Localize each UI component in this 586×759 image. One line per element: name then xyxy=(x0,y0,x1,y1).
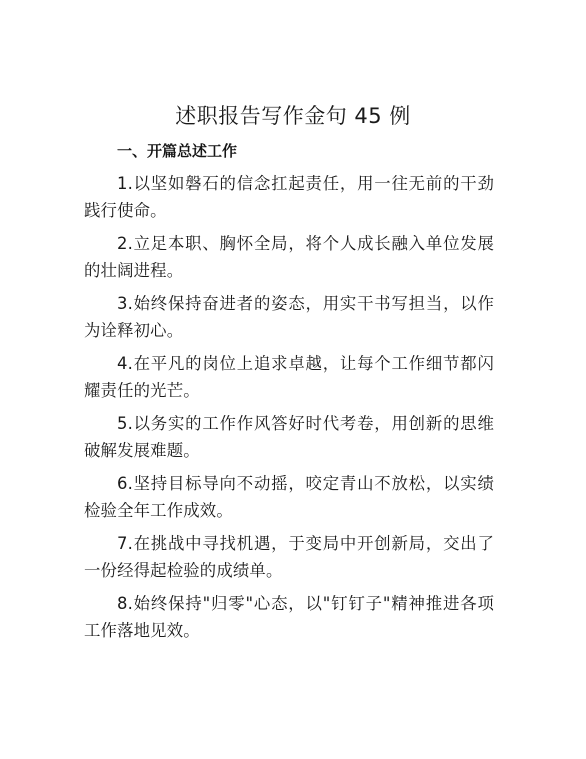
list-item: 1.以坚如磐石的信念扛起责任，用一往无前的干劲践行使命。 xyxy=(84,170,494,224)
document-page: 述职报告写作金句 45 例 一、开篇总述工作 1.以坚如磐石的信念扛起责任，用一… xyxy=(0,0,586,759)
list-item: 4.在平凡的岗位上追求卓越，让每个工作细节都闪耀责任的光芒。 xyxy=(84,350,494,404)
list-item: 3.始终保持奋进者的姿态，用实干书写担当，以作为诠释初心。 xyxy=(84,290,494,344)
sentence-list: 1.以坚如磐石的信念扛起责任，用一往无前的干劲践行使命。 2.立足本职、胸怀全局… xyxy=(84,170,494,650)
list-item: 6.坚持目标导向不动摇，咬定青山不放松，以实绩检验全年工作成效。 xyxy=(84,470,494,524)
list-item: 5.以务实的工作作风答好时代考卷，用创新的思维破解发展难题。 xyxy=(84,410,494,464)
document-title: 述职报告写作金句 45 例 xyxy=(0,103,586,129)
list-item: 8.始终保持"归零"心态，以"钉钉子"精神推进各项工作落地见效。 xyxy=(84,590,494,644)
list-item: 2.立足本职、胸怀全局，将个人成长融入单位发展的壮阔进程。 xyxy=(84,230,494,284)
list-item: 7.在挑战中寻找机遇，于变局中开创新局，交出了一份经得起检验的成绩单。 xyxy=(84,530,494,584)
section-heading: 一、开篇总述工作 xyxy=(117,141,237,161)
